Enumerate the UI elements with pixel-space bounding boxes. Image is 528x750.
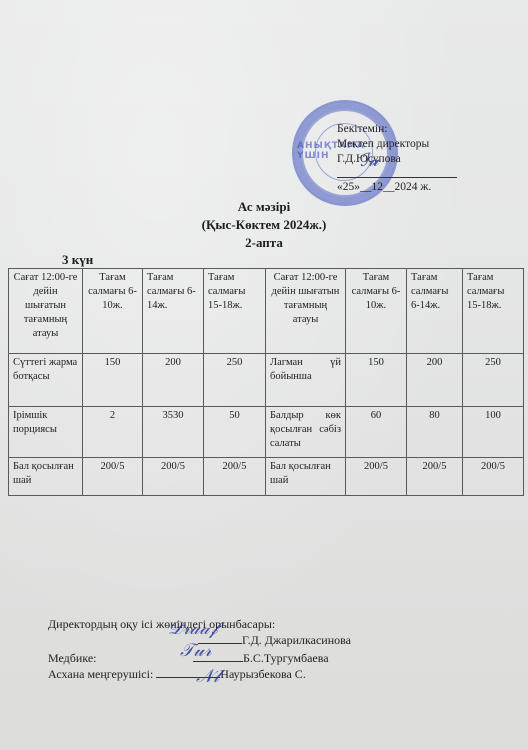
director-signature-icon: ℐ𝓊 (360, 150, 379, 171)
weight-cell: 3530 (143, 407, 204, 458)
document-subtitle: (Қыс-Көктем 2024ж.) (0, 216, 528, 234)
weight-cell: 100 (463, 407, 524, 458)
approval-date: «25»__12__2024 ж. (337, 180, 517, 195)
dish-name: Ірімшік порциясы (9, 407, 83, 458)
column-header: Тағам салмағы 6-14ж. (407, 269, 463, 354)
weight-cell: 2 (83, 407, 143, 458)
column-header: Тағам салмағы 6-10ж. (83, 269, 143, 354)
nurse-signature-icon: 𝒯𝓊𝓇 (180, 640, 211, 661)
week-label: 2-апта (0, 234, 528, 252)
weight-cell: 200 (143, 354, 204, 407)
approval-signature-line (337, 167, 457, 178)
weight-cell: 200/5 (407, 458, 463, 496)
weight-cell: 150 (346, 354, 407, 407)
canteen-label: Асхана меңгерушісі: (48, 667, 153, 681)
column-header: Тағам салмағы 6-10ж. (346, 269, 407, 354)
deputy-name: Г.Д. Джарилкасинова (242, 633, 351, 647)
weight-cell: 200 (407, 354, 463, 407)
nurse-label: Медбике: (48, 651, 97, 665)
column-header: Сағат 12:00-ге дейін шығатын тағамның ат… (266, 269, 346, 354)
deputy-label: Директордың оқу ісі жөніндегі орынбасары… (48, 617, 275, 631)
nurse-name: Б.С.Тургумбаева (243, 651, 329, 665)
table-header-row: Сағат 12:00-ге дейін шығатын тағамның ат… (9, 269, 524, 354)
approval-label: Бекітемін: (337, 122, 517, 137)
weight-cell: 150 (83, 354, 143, 407)
weight-cell: 200/5 (83, 458, 143, 496)
dish-name: Сүттегі жарма ботқасы (9, 354, 83, 407)
table-row: Ірімшік порциясы 2 3530 50 Балдыр көк қо… (9, 407, 524, 458)
canteen-signature-icon: 𝒩𝓁 (196, 666, 219, 687)
weight-cell: 200/5 (346, 458, 407, 496)
weight-cell: 200/5 (143, 458, 204, 496)
weight-cell: 60 (346, 407, 407, 458)
dish-name: Лагман үй бойынша (266, 354, 346, 407)
dish-name: Балдыр көк қосылған сәбіз салаты (266, 407, 346, 458)
menu-table: Сағат 12:00-ге дейін шығатын тағамның ат… (8, 268, 524, 496)
column-header: Тағам салмағы 6-14ж. (143, 269, 204, 354)
canteen-name: Наурызбекова С. (220, 667, 306, 681)
weight-cell: 250 (463, 354, 524, 407)
weight-cell: 250 (204, 354, 266, 407)
weight-cell: 200/5 (463, 458, 524, 496)
weight-cell: 80 (407, 407, 463, 458)
table-row: Бал қосылған шай 200/5 200/5 200/5 Бал қ… (9, 458, 524, 496)
document-title-block: Ас мәзірі (Қыс-Көктем 2024ж.) 2-апта (0, 198, 528, 252)
table-row: Сүттегі жарма ботқасы 150 200 250 Лагман… (9, 354, 524, 407)
column-header: Сағат 12:00-ге дейін шығатын тағамның ат… (9, 269, 83, 354)
document-title: Ас мәзірі (0, 198, 528, 216)
day-label: 3 күн (62, 252, 93, 268)
deputy-signature-icon: 𝒟𝓇𝒶𝒶𝒻 (168, 618, 218, 639)
column-header: Тағам салмағы 15-18ж. (463, 269, 524, 354)
dish-name: Бал қосылған шай (9, 458, 83, 496)
weight-cell: 200/5 (204, 458, 266, 496)
column-header: Тағам салмағы 15-18ж. (204, 269, 266, 354)
dish-name: Бал қосылған шай (266, 458, 346, 496)
weight-cell: 50 (204, 407, 266, 458)
nurse-signature-line (193, 661, 243, 662)
